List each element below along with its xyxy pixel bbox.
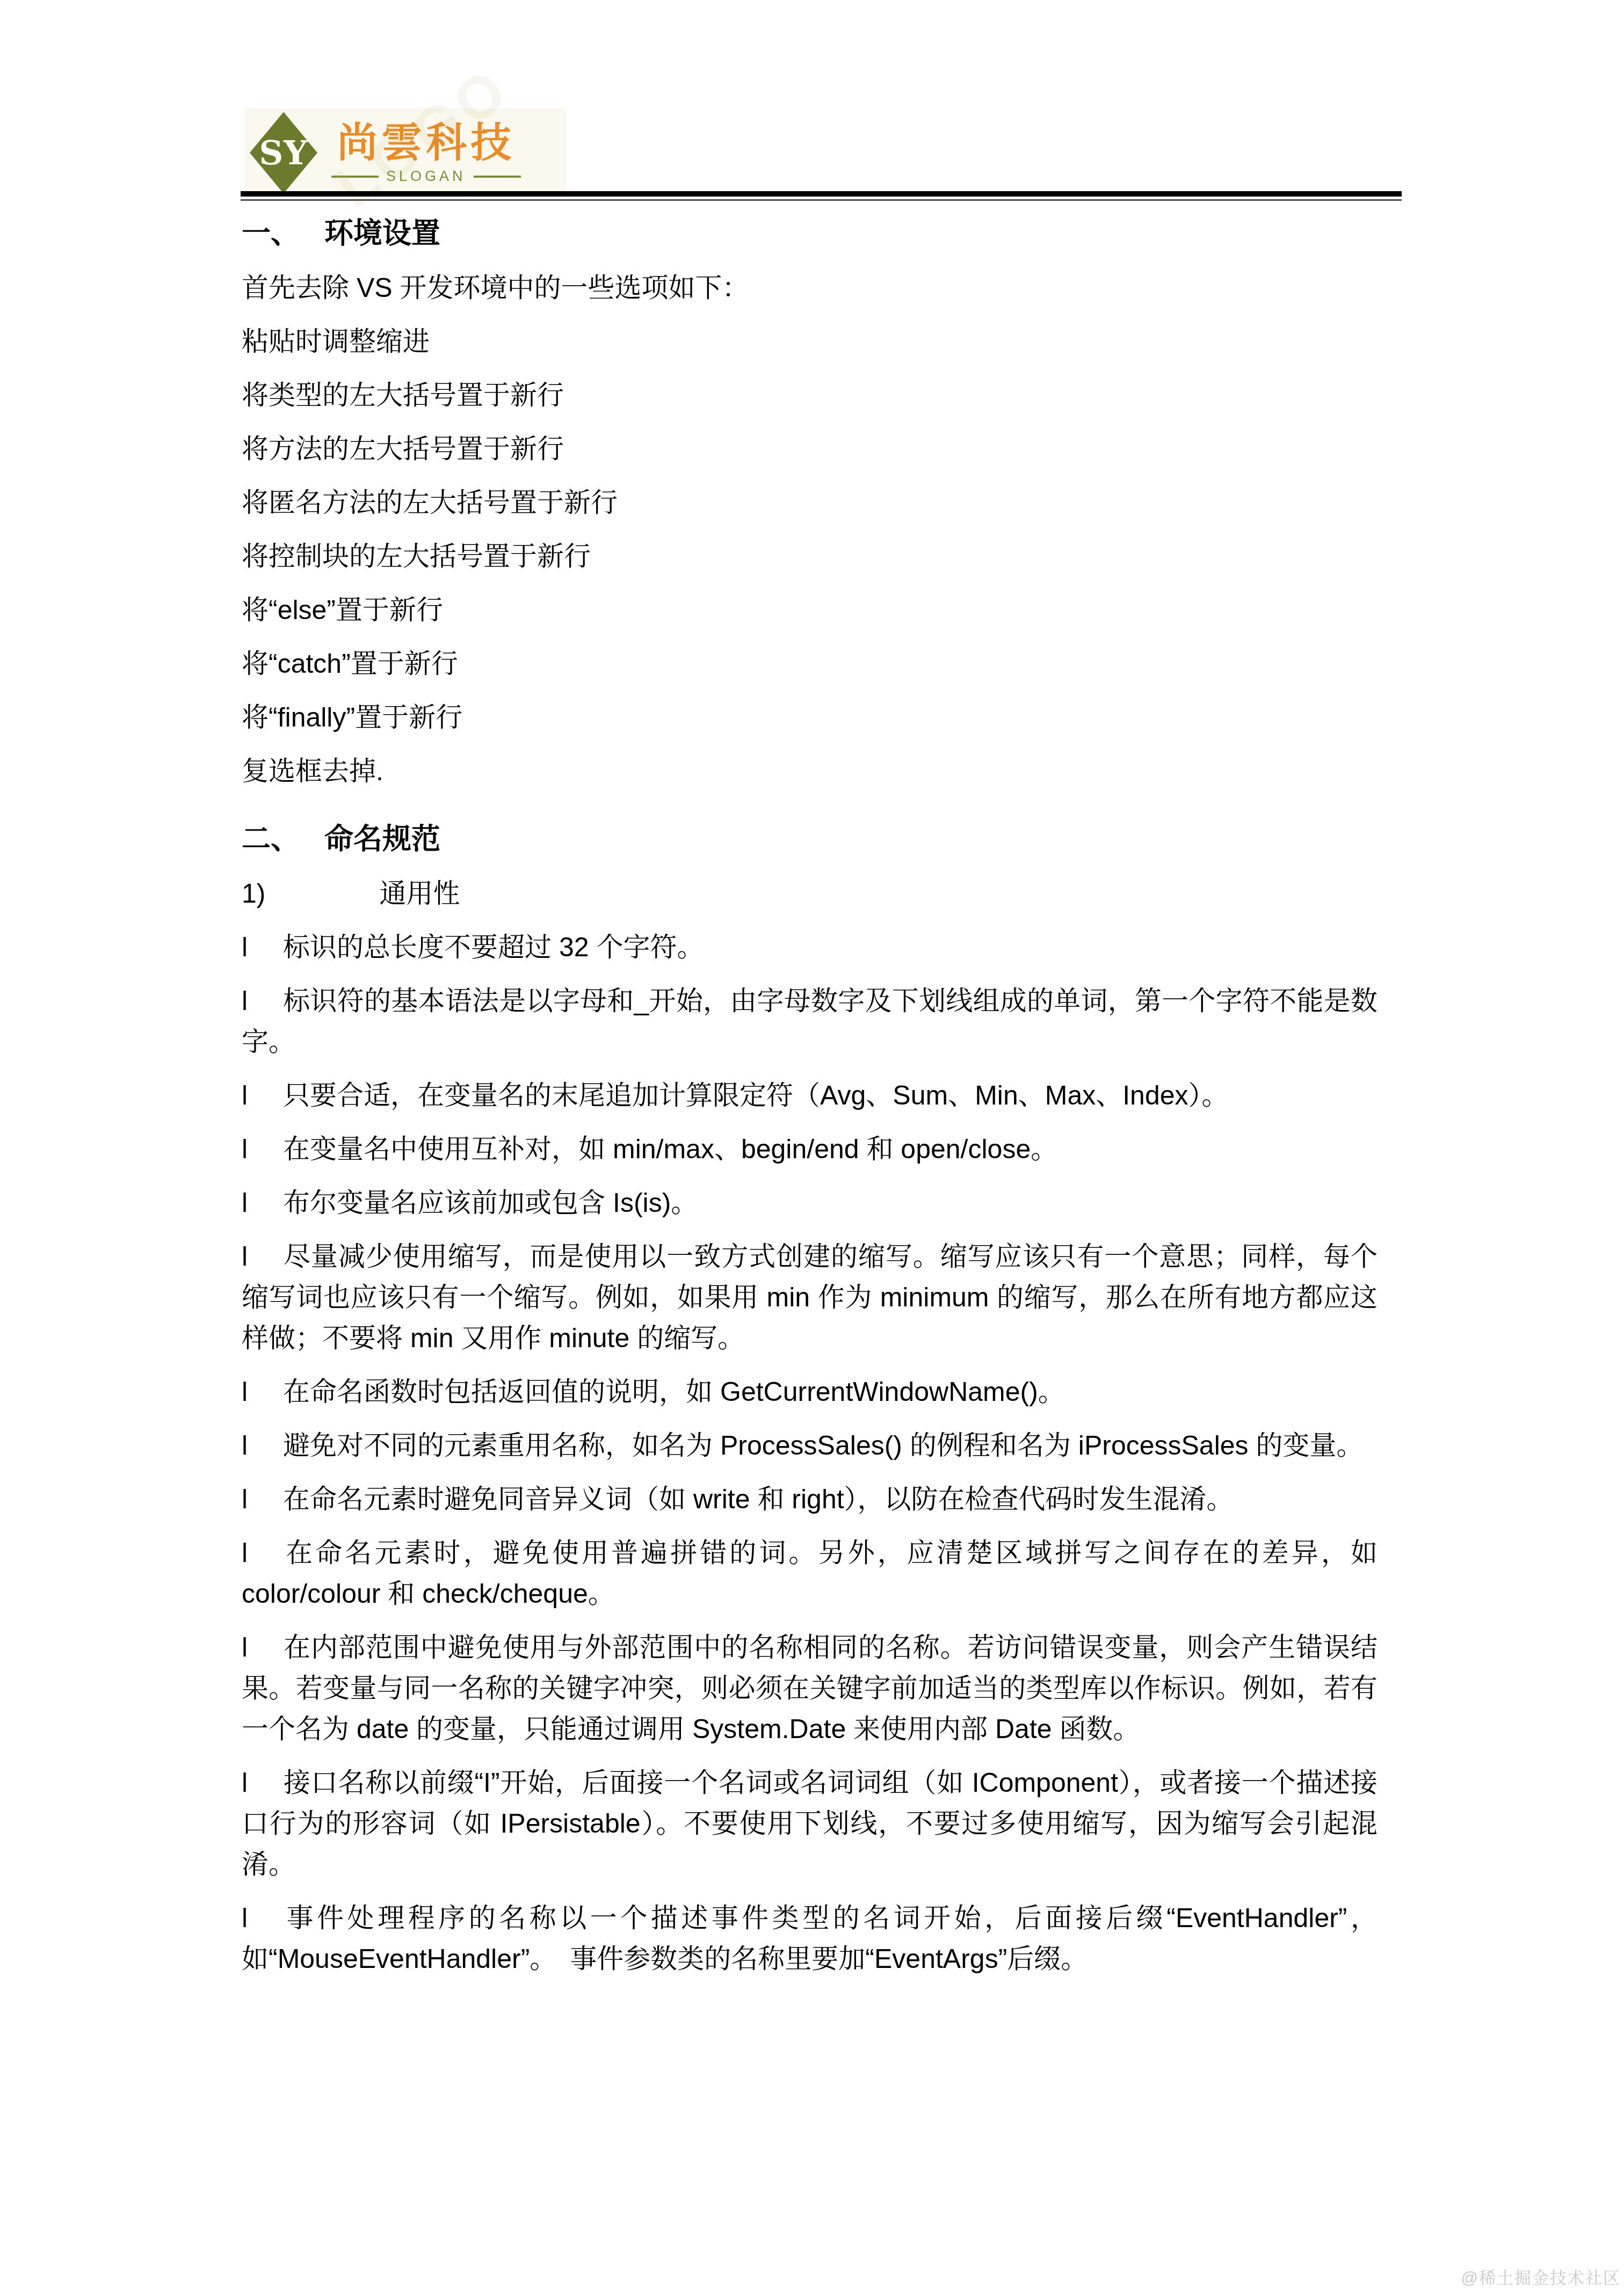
subheading-number: 1) xyxy=(242,878,265,909)
bullet-text: 在命名函数时包括返回值的说明，如 GetCurrentWindowName()。 xyxy=(283,1377,1065,1407)
env-option-item: 将匿名方法的左大括号置于新行 xyxy=(242,482,1378,523)
naming-rule-item: l在命名元素时避免同音异义词（如 write 和 right），以防在检查代码时… xyxy=(242,1479,1378,1520)
bullet-marker: l xyxy=(242,1632,248,1662)
bullet-marker: l xyxy=(242,1241,248,1271)
bullet-marker: l xyxy=(242,1430,248,1461)
company-logo: LOGO SY 尚雲科技 SLOGAN xyxy=(244,108,567,197)
bullet-marker: l xyxy=(242,1377,248,1407)
bullet-text: 事件处理程序的名称以一个描述事件类型的名词开始，后面接后缀“EventHandl… xyxy=(242,1903,1378,1974)
naming-rule-item: l布尔变量名应该前加或包含 Is(is)。 xyxy=(242,1182,1378,1223)
subheading-title: 通用性 xyxy=(379,878,460,909)
bullet-text: 在内部范围中避免使用与外部范围中的名称相同的名称。若访问错误变量，则会产生错误结… xyxy=(242,1632,1378,1744)
section1-heading: 一、环境设置 xyxy=(242,212,1378,256)
bullet-text: 只要合适，在变量名的末尾追加计算限定符（Avg、Sum、Min、Max、Inde… xyxy=(283,1080,1228,1110)
section1-intro: 首先去除 VS 开发环境中的一些选项如下： xyxy=(242,267,1378,308)
bullet-text: 尽量减少使用缩写，而是使用以一致方式创建的缩写。缩写应该只有一个意思；同样，每个… xyxy=(242,1241,1378,1353)
header-rule xyxy=(241,191,1402,201)
bullet-marker: l xyxy=(242,1080,248,1110)
section2-title: 命名规范 xyxy=(324,823,440,855)
document-page: LOGO SY 尚雲科技 SLOGAN 一、环境设置 首先去除 VS 开发环境中… xyxy=(0,0,1624,2296)
bullet-text: 标识的总长度不要超过 32 个字符。 xyxy=(283,932,704,962)
naming-rule-item: l只要合适，在变量名的末尾追加计算限定符（Avg、Sum、Min、Max、Ind… xyxy=(242,1075,1378,1116)
env-option-item: 将方法的左大括号置于新行 xyxy=(242,428,1378,469)
naming-rule-item: l接口名称以前缀“I”开始，后面接一个名词或名词词组（如 IComponent）… xyxy=(242,1762,1378,1885)
bullet-text: 避免对不同的元素重用名称，如名为 ProcessSales() 的例程和名为 i… xyxy=(283,1430,1363,1461)
env-option-item: 复选框去掉. xyxy=(242,751,1378,791)
bullet-marker: l xyxy=(242,986,248,1016)
bullet-text: 接口名称以前缀“I”开始，后面接一个名词或名词词组（如 IComponent），… xyxy=(242,1768,1378,1879)
naming-rule-item: l尽量减少使用缩写，而是使用以一致方式创建的缩写。缩写应该只有一个意思；同样，每… xyxy=(242,1236,1378,1358)
section1-title: 环境设置 xyxy=(324,217,440,250)
bullet-marker: l xyxy=(242,1484,248,1514)
naming-rule-item: l事件处理程序的名称以一个描述事件类型的名词开始，后面接后缀“EventHand… xyxy=(242,1898,1378,1979)
env-option-item: 将类型的左大括号置于新行 xyxy=(242,375,1378,416)
logo-monogram: SY xyxy=(259,133,308,172)
slogan-dash-left xyxy=(331,176,379,178)
section1-number: 一、 xyxy=(242,217,300,250)
section2-subheading: 1)通用性 xyxy=(242,873,1378,914)
bullet-marker: l xyxy=(242,1903,248,1933)
naming-rule-item: l避免对不同的元素重用名称，如名为 ProcessSales() 的例程和名为 … xyxy=(242,1425,1378,1466)
env-option-item: 将“else”置于新行 xyxy=(242,590,1378,630)
naming-rule-item: l在内部范围中避免使用与外部范围中的名称相同的名称。若访问错误变量，则会产生错误… xyxy=(242,1627,1378,1749)
bullet-marker: l xyxy=(242,1188,248,1218)
section2-number: 二、 xyxy=(242,823,300,855)
bullet-text: 在命名元素时避免同音异义词（如 write 和 right），以防在检查代码时发… xyxy=(283,1484,1234,1514)
bullet-marker: l xyxy=(242,1134,248,1164)
logo-slogan: SLOGAN xyxy=(331,168,521,185)
bullet-text: 标识符的基本语法是以字母和_开始，由字母数字及下划线组成的单词，第一个字符不能是… xyxy=(242,986,1378,1057)
env-option-item: 将控制块的左大括号置于新行 xyxy=(242,536,1378,577)
naming-rule-item: l在命名函数时包括返回值的说明，如 GetCurrentWindowName()… xyxy=(242,1371,1378,1412)
naming-rule-item: l标识符的基本语法是以字母和_开始，由字母数字及下划线组成的单词，第一个字符不能… xyxy=(242,980,1378,1062)
env-option-item: 将“finally”置于新行 xyxy=(242,697,1378,738)
naming-rule-item: l在命名元素时，避免使用普遍拼错的词。另外，应清楚区域拼写之间存在的差异，如 c… xyxy=(242,1532,1378,1614)
slogan-text: SLOGAN xyxy=(386,168,466,185)
company-name: 尚雲科技 xyxy=(337,121,515,166)
bullet-text: 布尔变量名应该前加或包含 Is(is)。 xyxy=(283,1188,698,1218)
env-option-item: 粘贴时调整缩进 xyxy=(242,321,1378,362)
section2-heading: 二、命名规范 xyxy=(242,817,1378,861)
bullet-marker: l xyxy=(242,932,248,962)
logo-text-block: 尚雲科技 SLOGAN xyxy=(331,121,521,185)
bullet-text: 在变量名中使用互补对，如 min/max、begin/end 和 open/cl… xyxy=(283,1134,1057,1164)
bullet-marker: l xyxy=(242,1538,248,1568)
community-watermark: @稀土掘金技术社区 xyxy=(1461,2264,1621,2288)
logo-diamond-icon: SY xyxy=(250,112,317,194)
env-option-item: 将“catch”置于新行 xyxy=(242,643,1378,684)
slogan-dash-right xyxy=(474,176,521,178)
bullet-marker: l xyxy=(242,1768,248,1798)
naming-rule-item: l在变量名中使用互补对，如 min/max、begin/end 和 open/c… xyxy=(242,1129,1378,1169)
naming-rule-item: l标识的总长度不要超过 32 个字符。 xyxy=(242,927,1378,968)
document-content: 一、环境设置 首先去除 VS 开发环境中的一些选项如下： 粘贴时调整缩进 将类型… xyxy=(242,212,1378,1992)
bullet-text: 在命名元素时，避免使用普遍拼错的词。另外，应清楚区域拼写之间存在的差异，如 co… xyxy=(242,1538,1378,1609)
